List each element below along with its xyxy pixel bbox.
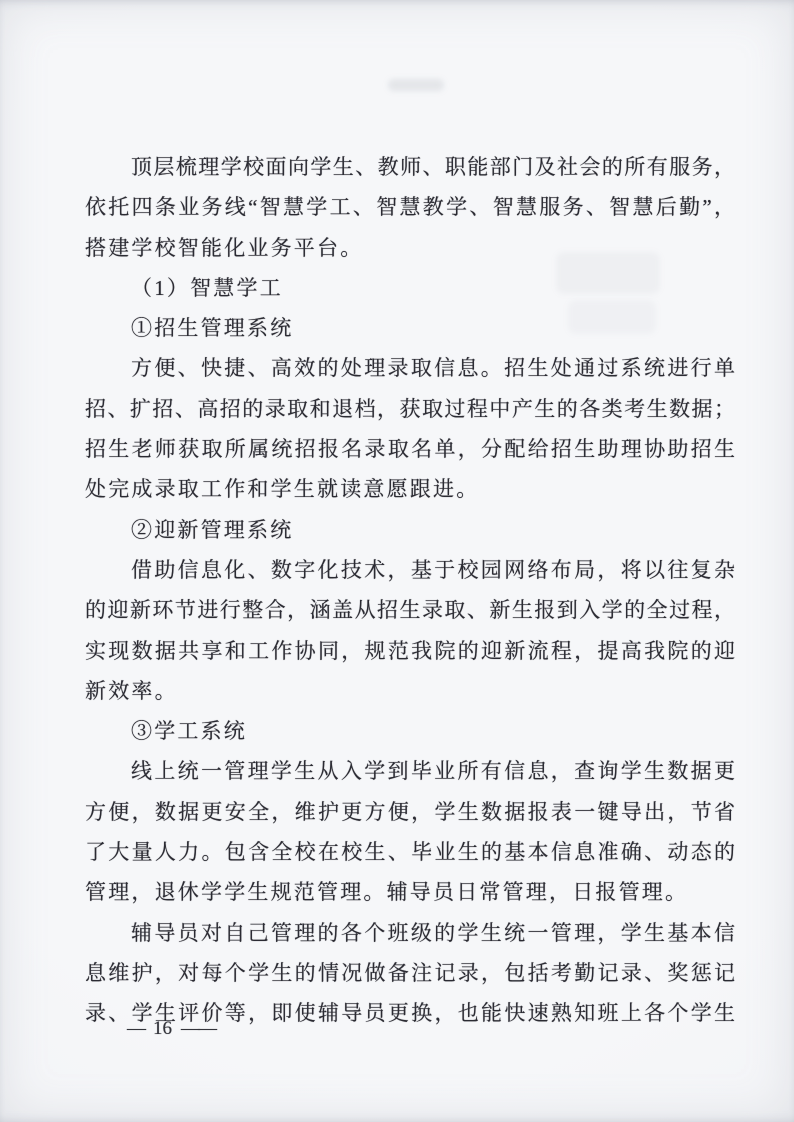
page-number: 16 xyxy=(153,1018,172,1039)
body-text-line: 处完成录取工作和学生就读意愿跟进。 xyxy=(85,469,735,509)
document-body: 顶层梳理学校面向学生、教师、职能部门及社会的所有服务，依托四条业务线“智慧学工、… xyxy=(85,147,735,1034)
body-text-line: 线上统一管理学生从入学到毕业所有信息，查询学生数据更 xyxy=(85,751,735,791)
page-footer: —16—— xyxy=(127,1014,215,1044)
body-text-line: 辅导员对自己管理的各个班级的学生统一管理，学生基本信 xyxy=(85,913,735,953)
body-text-line: 招、扩招、高招的录取和退档，获取过程中产生的各类考生数据； xyxy=(85,389,735,429)
body-text-line: 息维护，对每个学生的情况做备注记录，包括考勤记录、奖惩记 xyxy=(85,953,735,993)
body-text-line: 新效率。 xyxy=(85,671,735,711)
scan-smudge xyxy=(388,79,444,91)
body-text-line: 方便、快捷、高效的处理录取信息。招生处通过系统进行单 xyxy=(85,348,735,388)
body-text-line: 依托四条业务线“智慧学工、智慧教学、智慧服务、智慧后勤”， xyxy=(85,187,735,227)
document-page: 顶层梳理学校面向学生、教师、职能部门及社会的所有服务，依托四条业务线“智慧学工、… xyxy=(0,0,794,1122)
body-text-line: 管理，退休学学生规范管理。辅导员日常管理，日报管理。 xyxy=(85,872,735,912)
body-text-line: 实现数据共享和工作协同，规范我院的迎新流程，提高我院的迎 xyxy=(85,631,735,671)
body-text-line: 借助信息化、数字化技术，基于校园网络布局，将以往复杂 xyxy=(85,550,735,590)
heading-line: （1）智慧学工 xyxy=(85,268,735,308)
body-text-line: 搭建学校智能化业务平台。 xyxy=(85,228,735,268)
heading-line: ①招生管理系统 xyxy=(85,308,735,348)
footer-dash-left: — xyxy=(127,1018,144,1039)
heading-line: ③学工系统 xyxy=(85,711,735,751)
footer-dash-right: —— xyxy=(181,1018,215,1039)
body-text-line: 的迎新环节进行整合，涵盖从招生录取、新生报到入学的全过程， xyxy=(85,590,735,630)
body-text-line: 了大量人力。包含全校在校生、毕业生的基本信息准确、动态的 xyxy=(85,832,735,872)
body-text-line: 招生老师获取所属统招报名录取名单，分配给招生助理协助招生 xyxy=(85,429,735,469)
body-text-line: 方便，数据更安全，维护更方便，学生数据报表一键导出，节省 xyxy=(85,792,735,832)
heading-line: ②迎新管理系统 xyxy=(85,510,735,550)
body-text-line: 顶层梳理学校面向学生、教师、职能部门及社会的所有服务， xyxy=(85,147,735,187)
